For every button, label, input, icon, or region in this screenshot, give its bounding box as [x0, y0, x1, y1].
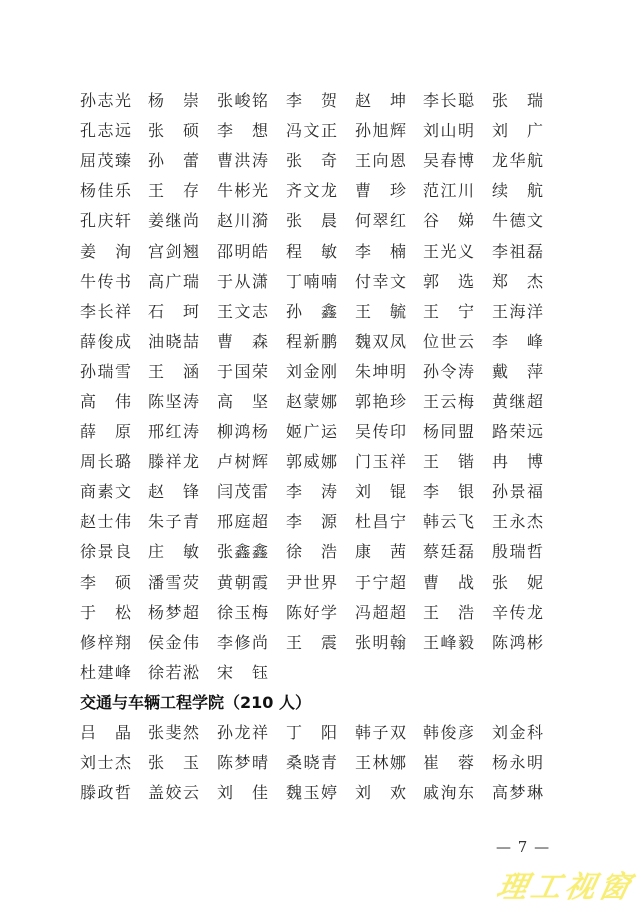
person-name: 尹世界 — [286, 573, 337, 593]
person-name: 李祖磊 — [492, 242, 543, 262]
name-row: 杜建峰徐若淞宋钰 — [80, 658, 560, 688]
person-name: 吴传印 — [355, 422, 406, 442]
person-name: 杨崇 — [148, 91, 199, 111]
person-name: 付幸文 — [355, 272, 406, 292]
person-name: 杨梦超 — [148, 603, 199, 623]
person-name: 刘锟 — [355, 482, 406, 502]
person-name: 姜继尚 — [148, 211, 199, 231]
name-row: 屈茂臻孙蕾曹洪涛张奇王向恩吴春博龙华航 — [80, 146, 560, 176]
person-name: 孔志远 — [80, 121, 131, 141]
person-name: 张硕 — [148, 121, 199, 141]
person-name: 孙蕾 — [148, 151, 199, 171]
person-name: 曹珍 — [355, 181, 406, 201]
person-name: 张鑫鑫 — [217, 542, 268, 562]
person-name: 孙令涛 — [423, 362, 474, 382]
name-row: 牛传书高广瑞于从潇丁喃喃付幸文郭选郑杰 — [80, 267, 560, 297]
page-number: — 7 — — [496, 838, 550, 856]
person-name: 油晓喆 — [148, 332, 199, 352]
person-name: 宫剑翘 — [148, 242, 199, 262]
person-name: 张明翰 — [355, 633, 406, 653]
person-name: 邢庭超 — [217, 512, 268, 532]
person-name: 韩俊彦 — [423, 723, 474, 743]
person-name: 孙龙祥 — [217, 723, 268, 743]
person-name: 冯超超 — [355, 603, 406, 623]
person-name: 李源 — [286, 512, 337, 532]
person-name: 赵士伟 — [80, 512, 131, 532]
person-name: 盖姣云 — [148, 783, 199, 803]
person-name: 于从潇 — [217, 272, 268, 292]
person-name: 徐景良 — [80, 542, 131, 562]
person-name: 李银 — [423, 482, 474, 502]
name-row: 杨佳乐王存牛彬光齐文龙曹珍范江川续航 — [80, 176, 560, 206]
person-name: 张峻铭 — [217, 91, 268, 111]
person-name: 王宁 — [423, 302, 474, 322]
person-name: 陈梦晴 — [217, 753, 268, 773]
person-name: 于松 — [80, 603, 131, 623]
person-name: 桑晓青 — [286, 753, 337, 773]
person-name: 韩子双 — [355, 723, 406, 743]
person-name: 赵锋 — [148, 482, 199, 502]
person-name: 庄敏 — [148, 542, 199, 562]
name-row: 赵士伟朱子青邢庭超李源杜昌宁韩云飞王永杰 — [80, 507, 560, 537]
person-name: 孙瑞雪 — [80, 362, 131, 382]
person-name: 冉博 — [492, 452, 543, 472]
name-row: 孙瑞雪王涵于国荣刘金刚朱坤明孙令涛戴萍 — [80, 357, 560, 387]
person-name: 李楠 — [355, 242, 406, 262]
person-name: 孔庆轩 — [80, 211, 131, 231]
person-name: 王震 — [286, 633, 337, 653]
person-name: 石珂 — [148, 302, 199, 322]
person-name: 王峰毅 — [423, 633, 474, 653]
person-name: 李修尚 — [217, 633, 268, 653]
name-row: 滕政哲盖姣云刘佳魏玉婷刘欢戚洵东高梦琳 — [80, 778, 560, 808]
person-name: 李硕 — [80, 573, 131, 593]
name-row: 于松杨梦超徐玉梅陈好学冯超超王浩辛传龙 — [80, 598, 560, 628]
person-name: 刘金刚 — [286, 362, 337, 382]
person-name: 姜洵 — [80, 242, 131, 262]
person-name: 修梓翔 — [80, 633, 131, 653]
person-name: 王永杰 — [492, 512, 543, 532]
person-name: 朱坤明 — [355, 362, 406, 382]
person-name: 孙志光 — [80, 91, 131, 111]
person-name: 张玉 — [148, 753, 199, 773]
name-row: 高伟陈坚涛高坚赵蒙娜郭艳珍王云梅黄继超 — [80, 387, 560, 417]
name-row: 李长祥石珂王文志孙鑫王毓王宁王海洋 — [80, 297, 560, 327]
person-name: 陈好学 — [286, 603, 337, 623]
person-name: 郭选 — [423, 272, 474, 292]
person-name: 齐文龙 — [286, 181, 337, 201]
person-name: 谷娣 — [423, 211, 474, 231]
person-name: 王林娜 — [355, 753, 406, 773]
person-name: 魏双凤 — [355, 332, 406, 352]
person-name: 李贺 — [286, 91, 337, 111]
person-name: 丁阳 — [286, 723, 337, 743]
person-name: 高广瑞 — [148, 272, 199, 292]
person-name: 龙华航 — [492, 151, 543, 171]
person-name: 吕晶 — [80, 723, 131, 743]
person-name: 高坚 — [217, 392, 268, 412]
person-name: 孙旭辉 — [355, 121, 406, 141]
person-name: 徐若淞 — [148, 663, 199, 683]
person-name: 牛德文 — [492, 211, 543, 231]
person-name: 朱子青 — [148, 512, 199, 532]
person-name: 辛传龙 — [492, 603, 543, 623]
person-name: 柳鸿杨 — [217, 422, 268, 442]
person-name: 程敏 — [286, 242, 337, 262]
person-name: 位世云 — [423, 332, 474, 352]
name-row: 薛俊成油晓喆曹森程新鹏魏双凤位世云李峰 — [80, 327, 560, 357]
person-name: 张瑞 — [492, 91, 543, 111]
person-name: 徐浩 — [286, 542, 337, 562]
person-name: 魏玉婷 — [286, 783, 337, 803]
person-name: 张斐然 — [148, 723, 199, 743]
person-name: 曹洪涛 — [217, 151, 268, 171]
person-name: 刘欢 — [355, 783, 406, 803]
person-name: 杨同盟 — [423, 422, 474, 442]
person-name: 王海洋 — [492, 302, 543, 322]
person-name: 高伟 — [80, 392, 131, 412]
person-name: 何翠红 — [355, 211, 406, 231]
person-name: 杜昌宁 — [355, 512, 406, 532]
person-name: 曹战 — [423, 573, 474, 593]
person-name: 薛原 — [80, 422, 131, 442]
person-name: 徐玉梅 — [217, 603, 268, 623]
person-name: 李想 — [217, 121, 268, 141]
person-name: 侯金伟 — [148, 633, 199, 653]
person-name: 卢树辉 — [217, 452, 268, 472]
person-name: 刘山明 — [423, 121, 474, 141]
person-name: 郑杰 — [492, 272, 543, 292]
person-name: 屈茂臻 — [80, 151, 131, 171]
person-name: 戴萍 — [492, 362, 543, 382]
person-name: 刘士杰 — [80, 753, 131, 773]
person-name: 王云梅 — [423, 392, 474, 412]
person-name: 王存 — [148, 181, 199, 201]
person-name: 康茜 — [355, 542, 406, 562]
person-name: 崔蓉 — [423, 753, 474, 773]
person-name: 张奇 — [286, 151, 337, 171]
person-name: 陈坚涛 — [148, 392, 199, 412]
document-page: 孙志光杨崇张峻铭李贺赵坤李长聪张瑞孔志远张硕李想冯文正孙旭辉刘山明刘广屈茂臻孙蕾… — [0, 0, 640, 905]
name-row: 孙志光杨崇张峻铭李贺赵坤李长聪张瑞 — [80, 86, 560, 116]
person-name: 刘金科 — [492, 723, 543, 743]
person-name: 范江川 — [423, 181, 474, 201]
person-name: 滕祥龙 — [148, 452, 199, 472]
person-name: 赵坤 — [355, 91, 406, 111]
name-row: 孔庆轩姜继尚赵川漪张晨何翠红谷娣牛德文 — [80, 206, 560, 236]
person-name: 黄朝霞 — [217, 573, 268, 593]
watermark-logo: 理工视窗 — [493, 862, 638, 905]
person-name: 潘雪荧 — [148, 573, 199, 593]
person-name: 杨永明 — [492, 753, 543, 773]
person-name: 赵川漪 — [217, 211, 268, 231]
person-name: 李长祥 — [80, 302, 131, 322]
person-name: 蔡廷磊 — [423, 542, 474, 562]
person-name: 黄继超 — [492, 392, 543, 412]
person-name: 张晨 — [286, 211, 337, 231]
section-title: 交通与车辆工程学院（210 人） — [80, 688, 560, 718]
person-name: 邢红涛 — [148, 422, 199, 442]
person-name: 殷瑞哲 — [492, 542, 543, 562]
person-name: 续航 — [492, 181, 543, 201]
person-name: 牛彬光 — [217, 181, 268, 201]
person-name: 戚洵东 — [423, 783, 474, 803]
person-name: 李长聪 — [423, 91, 474, 111]
person-name: 孙景福 — [492, 482, 543, 502]
person-name: 韩云飞 — [423, 512, 474, 532]
person-name: 薛俊成 — [80, 332, 131, 352]
person-name: 丁喃喃 — [286, 272, 337, 292]
person-name: 宋钰 — [217, 663, 268, 683]
person-name: 曹森 — [217, 332, 268, 352]
person-name: 杨佳乐 — [80, 181, 131, 201]
person-name: 王浩 — [423, 603, 474, 623]
name-list: 孙志光杨崇张峻铭李贺赵坤李长聪张瑞孔志远张硕李想冯文正孙旭辉刘山明刘广屈茂臻孙蕾… — [80, 86, 560, 808]
person-name: 刘佳 — [217, 783, 268, 803]
person-name: 李峰 — [492, 332, 543, 352]
person-name: 滕政哲 — [80, 783, 131, 803]
person-name: 王文志 — [217, 302, 268, 322]
name-row: 姜洵宫剑翘邵明皓程敏李楠王光义李祖磊 — [80, 236, 560, 266]
person-name: 王毓 — [355, 302, 406, 322]
person-name: 牛传书 — [80, 272, 131, 292]
person-name: 门玉祥 — [355, 452, 406, 472]
person-name: 王光义 — [423, 242, 474, 262]
name-row: 薛原邢红涛柳鸿杨姬广运吴传印杨同盟路荣远 — [80, 417, 560, 447]
person-name: 王涵 — [148, 362, 199, 382]
person-name: 王向恩 — [355, 151, 406, 171]
person-name: 吴春博 — [423, 151, 474, 171]
person-name: 商素文 — [80, 482, 131, 502]
person-name: 周长璐 — [80, 452, 131, 472]
person-name: 邵明皓 — [217, 242, 268, 262]
name-row: 商素文赵锋闫茂雷李涛刘锟李银孙景福 — [80, 477, 560, 507]
name-row: 吕晶张斐然孙龙祥丁阳韩子双韩俊彦刘金科 — [80, 718, 560, 748]
person-name: 于国荣 — [217, 362, 268, 382]
person-name: 程新鹏 — [286, 332, 337, 352]
person-name: 李涛 — [286, 482, 337, 502]
name-row: 刘士杰张玉陈梦晴桑晓青王林娜崔蓉杨永明 — [80, 748, 560, 778]
person-name: 郭艳珍 — [355, 392, 406, 412]
person-name: 高梦琳 — [492, 783, 543, 803]
name-row: 修梓翔侯金伟李修尚王震张明翰王峰毅陈鸿彬 — [80, 628, 560, 658]
person-name: 路荣远 — [492, 422, 543, 442]
name-row: 徐景良庄敏张鑫鑫徐浩康茜蔡廷磊殷瑞哲 — [80, 537, 560, 567]
person-name: 冯文正 — [286, 121, 337, 141]
name-row: 孔志远张硕李想冯文正孙旭辉刘山明刘广 — [80, 116, 560, 146]
person-name: 陈鸿彬 — [492, 633, 543, 653]
person-name: 张妮 — [492, 573, 543, 593]
person-name: 闫茂雷 — [217, 482, 268, 502]
person-name: 孙鑫 — [286, 302, 337, 322]
person-name: 姬广运 — [286, 422, 337, 442]
person-name: 郭威娜 — [286, 452, 337, 472]
name-row: 周长璐滕祥龙卢树辉郭威娜门玉祥王锴冉博 — [80, 447, 560, 477]
person-name: 刘广 — [492, 121, 543, 141]
person-name: 赵蒙娜 — [286, 392, 337, 412]
person-name: 王锴 — [423, 452, 474, 472]
person-name: 于宁超 — [355, 573, 406, 593]
name-row: 李硕潘雪荧黄朝霞尹世界于宁超曹战张妮 — [80, 568, 560, 598]
person-name: 杜建峰 — [80, 663, 131, 683]
